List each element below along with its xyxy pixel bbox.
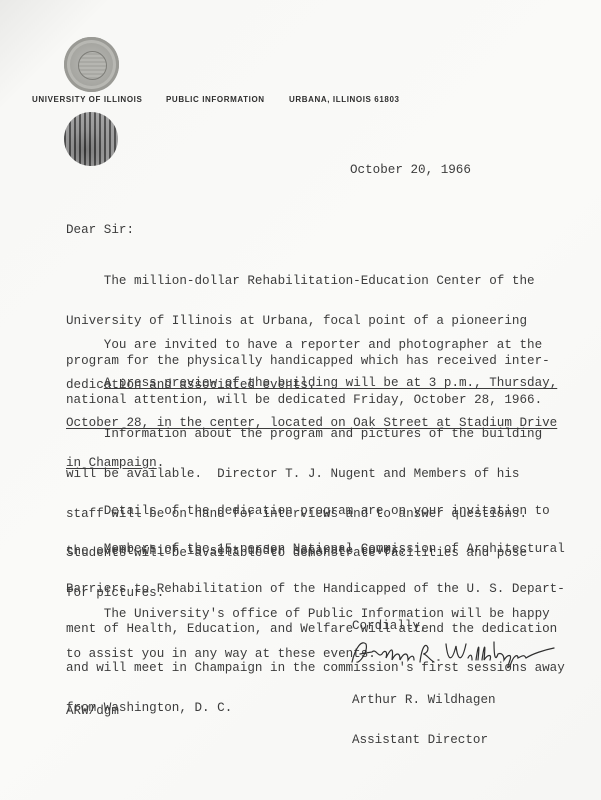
letter-page: UNIVERSITY OF ILLINOIS PUBLIC INFORMATIO… xyxy=(0,0,601,800)
handwritten-signature xyxy=(348,636,558,670)
closing: Cordially, xyxy=(352,620,428,633)
letterhead-institution: UNIVERSITY OF ILLINOIS xyxy=(32,95,142,104)
campus-photo-icon xyxy=(64,112,118,166)
university-seal-icon xyxy=(64,37,119,92)
signer-name: Arthur R. Wildhagen xyxy=(352,694,496,707)
salutation: Dear Sir: xyxy=(66,224,134,237)
signer-title: Assistant Director xyxy=(352,734,496,747)
letterhead-department: PUBLIC INFORMATION xyxy=(166,95,265,104)
seal-emblem xyxy=(78,51,107,80)
reference-initials: ARW/dgm xyxy=(66,705,119,718)
letter-date: October 20, 1966 xyxy=(350,164,471,177)
signer-block: Arthur R. Wildhagen Assistant Director xyxy=(352,668,496,774)
letterhead-address: URBANA, ILLINOIS 61803 xyxy=(289,95,400,104)
